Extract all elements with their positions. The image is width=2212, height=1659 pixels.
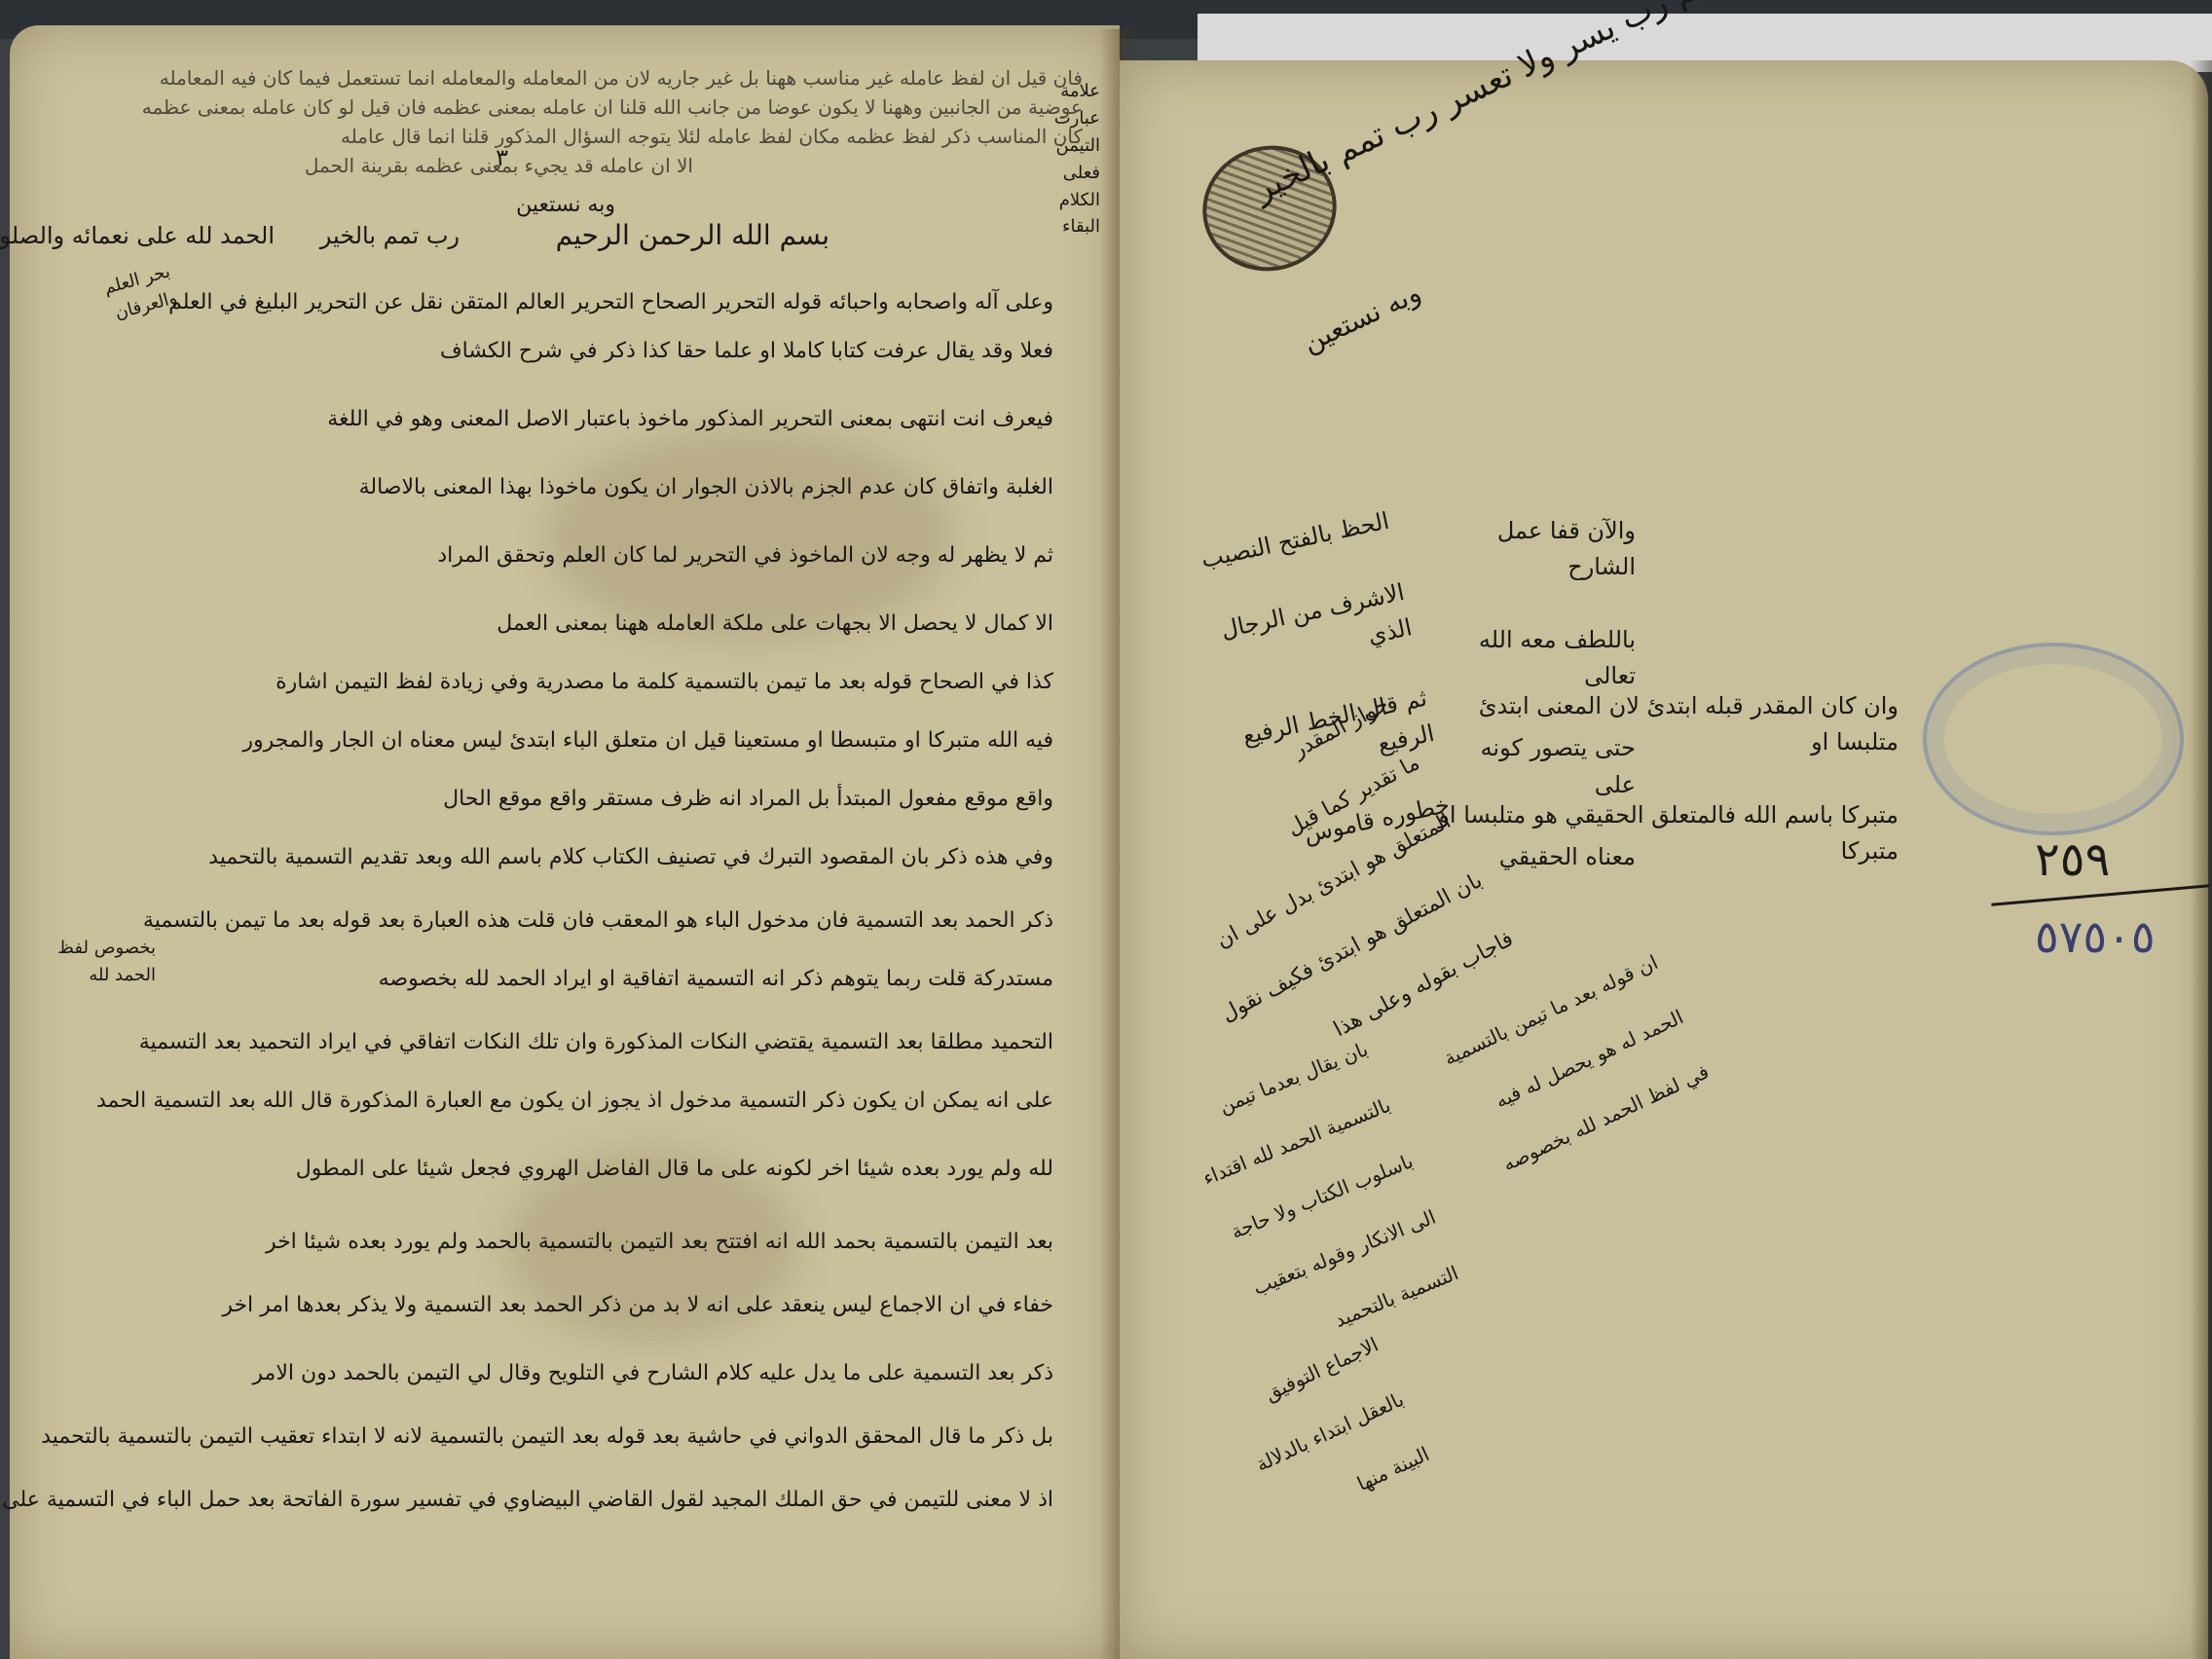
body-line: واقع موقع مفعول المبتدأ بل المراد انه ظر… — [443, 789, 1053, 810]
body-line: لله ولم يورد بعده شيئا اخر لكونه على ما … — [296, 1159, 1053, 1180]
body-line: الا كمال لا يحصل الا بجهات على ملكة العا… — [497, 613, 1053, 635]
body-line: مستدركة قلت ربما يتوهم ذكر انه التسمية ا… — [379, 969, 1053, 990]
header-line: عوضية من الجانبين وههنا لا يكون عوضا من … — [142, 97, 1083, 117]
body-line: كذا في الصحاح قوله بعد ما تيمن بالتسمية … — [276, 672, 1053, 693]
body-line: الغلبة واتفاق كان عدم الجزم بالاذن الجوا… — [359, 477, 1053, 498]
water-stain — [545, 428, 954, 643]
catalog-number-top: ٢٥٩ — [2035, 832, 2110, 887]
doxology: الحمد لله على نعمائه والصلوة على سيد انب… — [0, 224, 275, 247]
left-manuscript-page — [10, 25, 1120, 1659]
library-stamp — [1923, 643, 2184, 835]
basmala: بسم الله الرحمن الرحيم — [556, 222, 829, 249]
body-line: وفي هذه ذكر بان المقصود التبرك في تصنيف … — [208, 847, 1053, 868]
body-line: بل ذكر ما قال المحقق الدواني في حاشية بع… — [41, 1426, 1053, 1448]
body-line: فعلا وقد يقال عرفت كتابا كاملا او علما ح… — [440, 341, 1053, 362]
body-line: التحميد مطلقا بعد التسمية يقتضي النكات ا… — [139, 1032, 1053, 1053]
body-line: ذكر الحمد بعد التسمية فان مدخول الباء هو… — [143, 910, 1053, 932]
body-line: بعد التيمن بالتسمية بحمد الله انه افتتح … — [266, 1232, 1053, 1253]
body-line: وعلى آله واصحابه واحبائه قوله التحرير ال… — [168, 292, 1053, 313]
body-line: على انه يمكن ان يكون ذكر التسمية مدخول ا… — [96, 1090, 1053, 1112]
body-line: ثم لا يظهر له وجه لان الماخوذ في التحرير… — [437, 545, 1053, 567]
main-note: وان كان المقدر قبله ابتدئ لان المعنى ابت… — [1431, 652, 1899, 905]
body-line: فيعرف انت انتهى بمعنى التحرير المذكور ما… — [327, 409, 1053, 430]
invocation: رب تمم بالخير — [320, 224, 460, 247]
catalog-number-bottom: ٥٧٥٠٥ — [2035, 910, 2156, 963]
interlinear-note: وبه نستعين — [516, 195, 615, 216]
right-margin-note: علامة عبارت التيمن فعلى الكلام البقاء — [1032, 78, 1100, 240]
body-line: ذكر بعد التسمية على ما يدل عليه كلام الش… — [252, 1363, 1053, 1384]
body-line: خفاء في ان الاجماع ليس ينعقد على انه لا … — [222, 1295, 1053, 1316]
body-line: فيه الله متبركا او متبسطا او مستعينا قيل… — [242, 730, 1053, 752]
left-margin-note: بخصوص لفظ الحمد لله — [39, 935, 156, 989]
body-line: اذ لا معنى للتيمن في حق الملك المجيد لقو… — [2, 1490, 1053, 1511]
page-edge-shadow — [2191, 60, 2212, 1659]
header-line: كان المناسب ذكر لفظ عظمه مكان لفظ عامله … — [341, 127, 1083, 146]
header-line: فان قيل ان لفظ عامله غير مناسب ههنا بل غ… — [160, 68, 1083, 88]
page-number-mark: ٣ — [496, 146, 508, 169]
